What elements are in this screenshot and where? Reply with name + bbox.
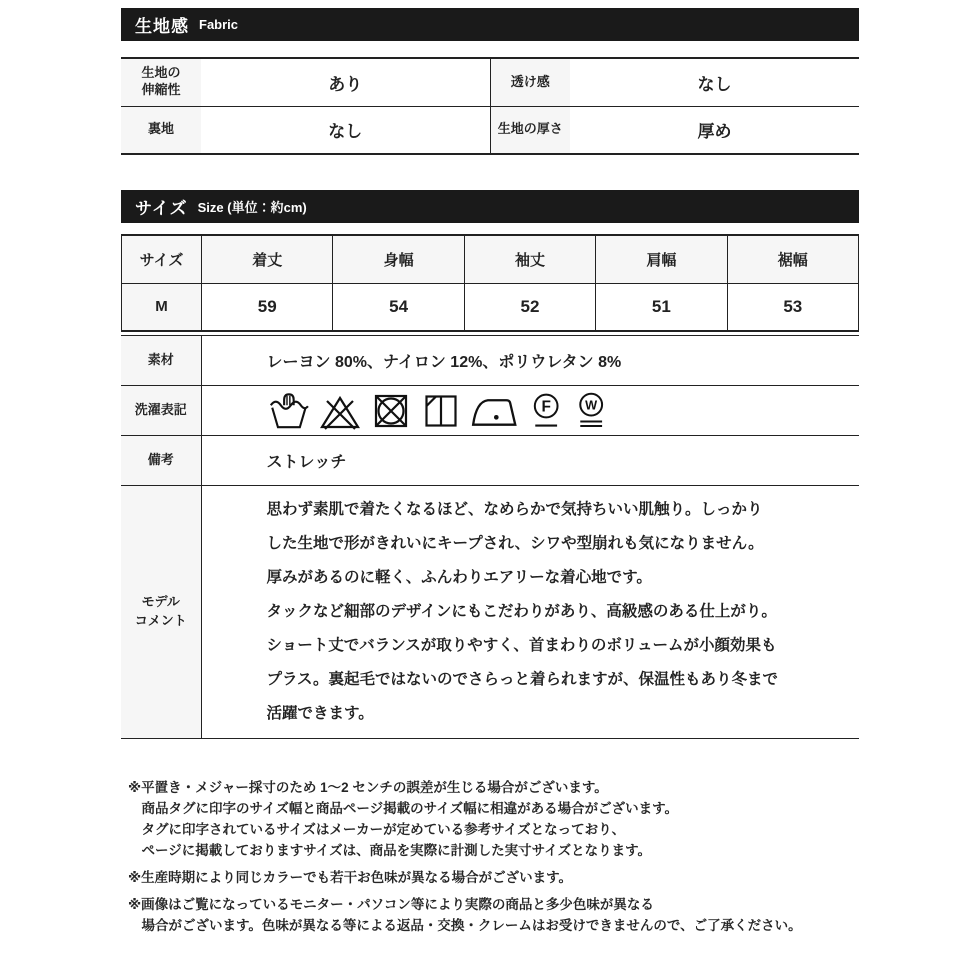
size-section-subtitle: Size (単位：約cm) bbox=[198, 197, 307, 216]
hem-col-header: 裾幅 bbox=[727, 235, 858, 283]
hand-wash-icon bbox=[267, 391, 311, 431]
fabric-lining-value: なし bbox=[201, 106, 490, 154]
sleeve-col-header: 袖丈 bbox=[464, 235, 595, 283]
model-comment-label: モデル コメント bbox=[121, 486, 201, 739]
fabric-thickness-label: 生地の厚さ bbox=[490, 106, 570, 154]
model-comment-value: 思わず素肌で着たくなるほど、なめらかで気持ちいい肌触り。しっかり した生地で形が… bbox=[201, 486, 859, 739]
do-not-bleach-icon bbox=[319, 391, 361, 431]
spec-table: 素材 レーヨン 80%、ナイロン 12%、ポリウレタン 8% 洗濯表記 FW 備… bbox=[121, 335, 859, 739]
fabric-stretch-label: 生地の 伸縮性 bbox=[121, 58, 201, 106]
shoulder-col-header: 肩幅 bbox=[596, 235, 727, 283]
note-color-lot: ※生産時期により同じカラーでも若干お色味が異なる場合がございます。 bbox=[128, 867, 859, 888]
note-measurement: ※平置き・メジャー採寸のため 1〜2 センチの誤差が生じる場合がございます。 商… bbox=[128, 777, 859, 861]
fabric-section-header: 生地感 Fabric bbox=[121, 8, 859, 41]
fabric-row-1: 生地の 伸縮性 あり 透け感 なし bbox=[121, 58, 859, 106]
do-not-tumble-dry-icon bbox=[370, 391, 412, 431]
remarks-row: 備考 ストレッチ bbox=[121, 436, 859, 486]
size-m-row: M 59 54 52 51 53 bbox=[122, 283, 859, 331]
size-section-title: サイズ bbox=[135, 194, 188, 219]
fabric-lining-label: 裏地 bbox=[121, 106, 201, 154]
fabric-thickness-value: 厚め bbox=[570, 106, 859, 154]
svg-text:W: W bbox=[585, 397, 597, 412]
size-table: サイズ 着丈 身幅 袖丈 肩幅 裾幅 M 59 54 52 51 53 bbox=[121, 234, 859, 332]
footnotes: ※平置き・メジャー採寸のため 1〜2 センチの誤差が生じる場合がございます。 商… bbox=[121, 777, 859, 936]
size-col-header: サイズ bbox=[122, 235, 202, 283]
laundry-icons: FW bbox=[267, 391, 860, 431]
size-section-header: サイズ Size (単位：約cm) bbox=[121, 190, 859, 223]
dry-clean-f-icon: F bbox=[528, 391, 564, 431]
fabric-sheerness-value: なし bbox=[570, 58, 859, 106]
fabric-stretch-value: あり bbox=[201, 58, 490, 106]
model-comment-row: モデル コメント 思わず素肌で着たくなるほど、なめらかで気持ちいい肌触り。しっか… bbox=[121, 486, 859, 739]
length-col-header: 着丈 bbox=[202, 235, 333, 283]
length-value: 59 bbox=[202, 283, 333, 331]
body-width-value: 54 bbox=[333, 283, 464, 331]
laundry-label: 洗濯表記 bbox=[121, 386, 201, 436]
remarks-label: 備考 bbox=[121, 436, 201, 486]
line-dry-in-shade-icon bbox=[421, 391, 461, 431]
wet-clean-w-icon: W bbox=[573, 391, 609, 431]
note-monitor-color: ※画像はご覧になっているモニター・パソコン等により実際の商品と多少色味が異なる … bbox=[128, 894, 859, 936]
svg-text:F: F bbox=[541, 398, 550, 415]
material-row: 素材 レーヨン 80%、ナイロン 12%、ポリウレタン 8% bbox=[121, 336, 859, 386]
material-label: 素材 bbox=[121, 336, 201, 386]
size-table-header-row: サイズ 着丈 身幅 袖丈 肩幅 裾幅 bbox=[122, 235, 859, 283]
remarks-value: ストレッチ bbox=[201, 436, 859, 486]
product-spec-page: 生地感 Fabric 生地の 伸縮性 あり 透け感 なし 裏地 なし 生地の厚さ… bbox=[121, 0, 859, 936]
size-m-cell: M bbox=[122, 283, 202, 331]
fabric-row-2: 裏地 なし 生地の厚さ 厚め bbox=[121, 106, 859, 154]
fabric-table: 生地の 伸縮性 あり 透け感 なし 裏地 なし 生地の厚さ 厚め bbox=[121, 57, 859, 155]
shoulder-value: 51 bbox=[596, 283, 727, 331]
laundry-row: 洗濯表記 FW bbox=[121, 386, 859, 436]
fabric-section-subtitle: Fabric bbox=[199, 17, 238, 32]
material-value: レーヨン 80%、ナイロン 12%、ポリウレタン 8% bbox=[201, 336, 859, 386]
fabric-section-title: 生地感 bbox=[135, 12, 189, 37]
fabric-sheerness-label: 透け感 bbox=[490, 58, 570, 106]
iron-low-heat-icon bbox=[470, 391, 518, 431]
body-width-col-header: 身幅 bbox=[333, 235, 464, 283]
hem-value: 53 bbox=[727, 283, 858, 331]
sleeve-value: 52 bbox=[464, 283, 595, 331]
